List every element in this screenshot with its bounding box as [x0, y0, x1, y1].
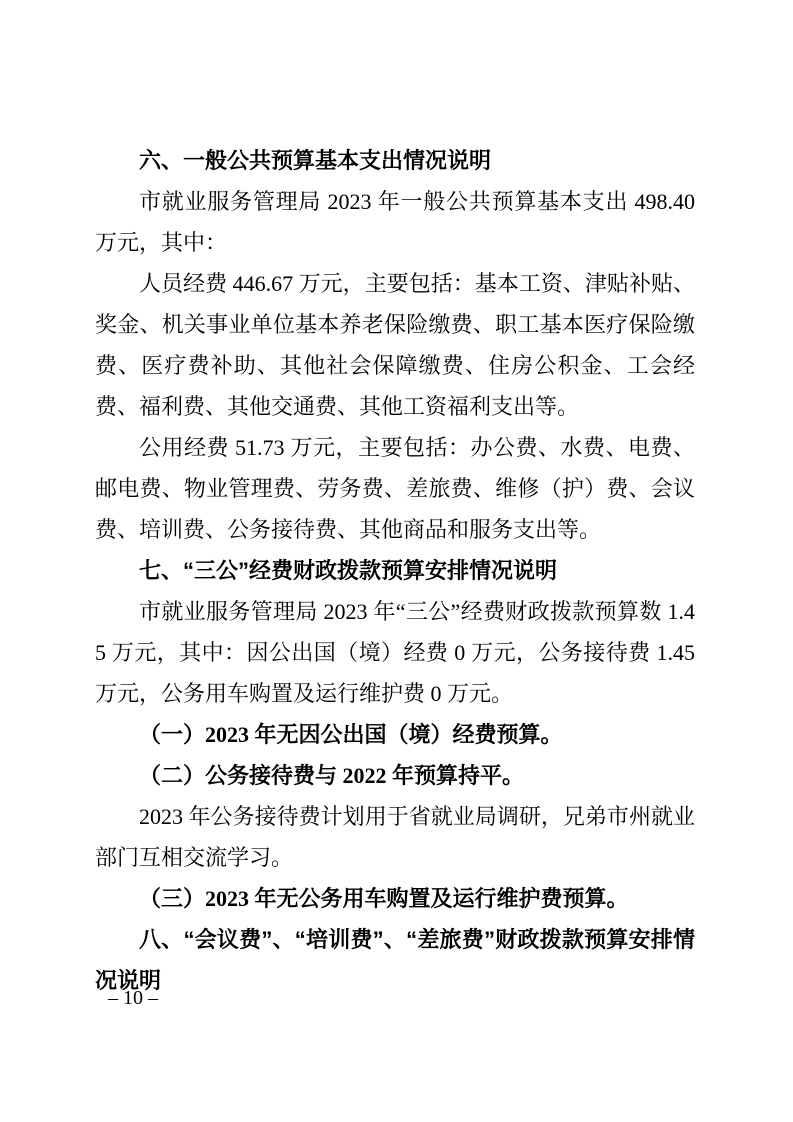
paragraph-public-funds: 公用经费 51.73 万元，主要包括：办公费、水费、电费、邮电费、物业管理费、劳… [95, 427, 695, 550]
section-heading-three-public-expenses: 七、“三公”经费财政拨款预算安排情况说明 [95, 550, 695, 591]
subheading-overseas-trips: （一）2023 年无因公出国（境）经费预算。 [95, 714, 695, 755]
paragraph-three-public-budget: 市就业服务管理局 2023 年“三公”经费财政拨款预算数 1.45 万元，其中：… [95, 591, 695, 714]
section-heading-meeting-training-travel-fees: 八、“会议费”、“培训费”、“差旅费”财政拨款预算安排情况说明 [95, 919, 695, 1001]
subheading-official-reception: （二）公务接待费与 2022 年预算持平。 [95, 755, 695, 796]
section-heading-basic-expenditure: 六、一般公共预算基本支出情况说明 [95, 140, 695, 181]
document-body: 六、一般公共预算基本支出情况说明 市就业服务管理局 2023 年一般公共预算基本… [95, 140, 695, 1001]
paragraph-reception-usage: 2023 年公务接待费计划用于省就业局调研，兄弟市州就业部门互相交流学习。 [95, 796, 695, 878]
document-page: 六、一般公共预算基本支出情况说明 市就业服务管理局 2023 年一般公共预算基本… [0, 0, 793, 1122]
page-number: – 10 – [108, 983, 158, 1013]
paragraph-basic-expenditure-total: 市就业服务管理局 2023 年一般公共预算基本支出 498.40 万元，其中： [95, 181, 695, 263]
paragraph-personnel-funds: 人员经费 446.67 万元，主要包括：基本工资、津贴补贴、奖金、机关事业单位基… [95, 263, 695, 427]
subheading-official-vehicles: （三）2023 年无公务用车购置及运行维护费预算。 [95, 878, 695, 919]
